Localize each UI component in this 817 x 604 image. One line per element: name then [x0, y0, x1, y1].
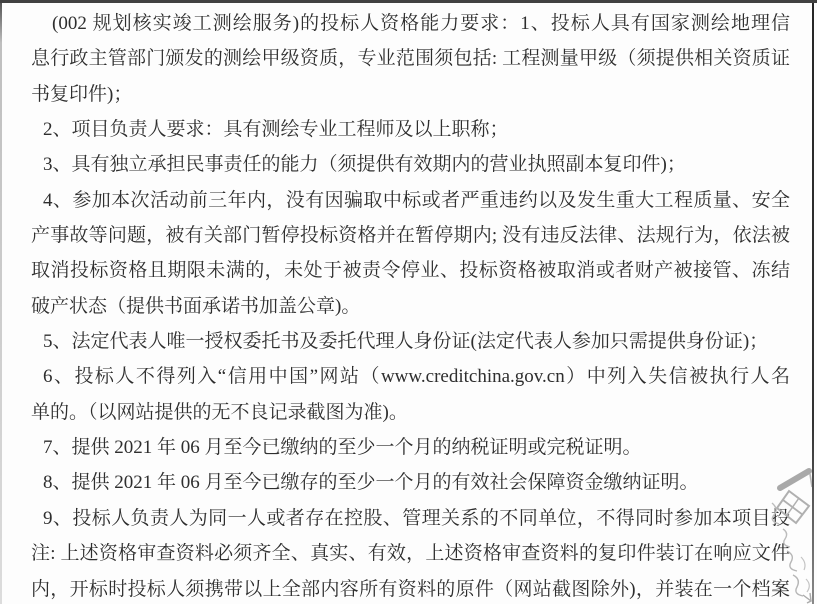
doc-line: 取消投标资格且期限未满的，未处于被责令停业、投标资格被取消或者财产被接管、冻结和 — [31, 253, 790, 288]
doc-line: 单的。（以网站提供的无不良记录截图为准)。 — [31, 395, 790, 430]
doc-line: 注: 上述资格审查资料必须齐全、真实、有效，上述资格审查资料的复印件装订在响应文… — [31, 536, 790, 571]
doc-line: 7、提供 2021 年 06 月至今已缴纳的至少一个月的纳税证明或完税证明。 — [31, 430, 790, 465]
doc-line: 2、项目负责人要求：具有测绘专业工程师及以上职称； — [31, 112, 790, 147]
doc-line: (002 规划核实竣工测绘服务)的投标人资格能力要求：1、投标人具有国家测绘地理… — [31, 6, 790, 41]
document-text-block: (002 规划核实竣工测绘服务)的投标人资格能力要求：1、投标人具有国家测绘地理… — [31, 6, 790, 604]
doc-line: 9、投标人负责人为同一人或者存在控股、管理关系的不同单位，不得同时参加本项目投标… — [31, 501, 790, 536]
doc-line: 3、具有独立承担民事责任的能力（须提供有效期内的营业执照副本复印件)； — [31, 147, 790, 182]
doc-line: 书复印件)； — [31, 77, 790, 112]
doc-line: 破产状态（提供书面承诺书加盖公章)。 — [31, 289, 790, 324]
scan-right-edge-line — [812, 3, 814, 604]
document-page: (002 规划核实竣工测绘服务)的投标人资格能力要求：1、投标人具有国家测绘地理… — [0, 0, 817, 604]
doc-line: 4、参加本次活动前三年内，没有因骗取中标或者严重违约以及发生重大工程质量、安全生 — [31, 183, 790, 218]
scan-left-edge-line — [0, 3, 2, 604]
doc-line: 6、投标人不得列入“信用中国”网站（www.creditchina.gov.cn… — [31, 359, 790, 394]
doc-line: 5、法定代表人唯一授权委托书及委托代理人身份证(法定代表人参加只需提供身份证)； — [31, 324, 790, 359]
doc-line: 内，开标时投标人须携带以上全部内容所有资料的原件（网站截图除外)，并装在一个档案 — [31, 572, 790, 604]
doc-line: 8、提供 2021 年 06 月至今已缴存的至少一个月的有效社会保障资金缴纳证明… — [31, 465, 790, 500]
doc-line: 产事故等问题，被有关部门暂停投标资格并在暂停期内; 没有违反法律、法规行为，依法… — [31, 218, 790, 253]
doc-line: 息行政主管部门颁发的测绘甲级资质，专业范围须包括: 工程测量甲级（须提供相关资质… — [31, 41, 790, 76]
